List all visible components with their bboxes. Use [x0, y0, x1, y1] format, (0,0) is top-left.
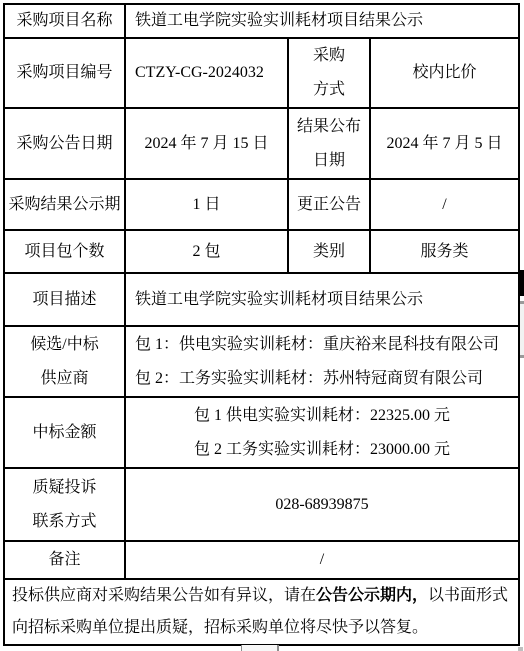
table-row: 项目包个数 2 包 类别 服务类: [4, 230, 519, 273]
table-row: 质疑投诉 联系方式 028-68939875: [4, 468, 519, 541]
footer-note: 投标供应商对采购结果公告如有异议，请在公告公示期内，以书面形式向招标采购单位提出…: [4, 579, 519, 645]
value-category: 服务类: [370, 230, 519, 273]
value-remarks: /: [125, 541, 519, 579]
value-winning-amount: 包 1 供电实验实训耗材：22325.00 元 包 2 工务实验实训耗材：230…: [125, 397, 519, 468]
label-project-description: 项目描述: [4, 273, 125, 326]
table-row: 采购项目编号 CTZY-CG-2024032 采购 方式 校内比价: [4, 38, 519, 108]
bottom-right-corner-mark: [518, 647, 523, 651]
right-edge-dark-mark: [519, 270, 524, 296]
value-complaint-contact: 028-68939875: [125, 468, 519, 541]
horizontal-scrollbar-thumb[interactable]: [241, 645, 279, 651]
label-remarks: 备注: [4, 541, 125, 579]
label-correction-notice: 更正公告: [288, 179, 370, 230]
table-row: 采购结果公示期 1 日 更正公告 /: [4, 179, 519, 230]
label-announcement-date: 采购公告日期: [4, 108, 125, 179]
page: 采购项目名称 铁道工电学院实验实训耗材项目结果公示 采购项目编号 CTZY-CG…: [0, 0, 524, 651]
label-project-name: 采购项目名称: [4, 4, 125, 38]
table-row: 采购公告日期 2024 年 7 月 15 日 结果公布 日期 2024 年 7 …: [4, 108, 519, 179]
value-result-publish-date: 2024 年 7 月 5 日: [370, 108, 519, 179]
label-package-count: 项目包个数: [4, 230, 125, 273]
label-complaint-contact: 质疑投诉 联系方式: [4, 468, 125, 541]
table-row: 候选/中标 供应商 包 1：供电实验实训耗材：重庆裕来昆科技有限公司 包 2：工…: [4, 326, 519, 397]
value-project-description: 铁道工电学院实验实训耗材项目结果公示: [125, 273, 519, 326]
value-correction-notice: /: [370, 179, 519, 230]
value-project-name: 铁道工电学院实验实训耗材项目结果公示: [125, 4, 519, 38]
label-publicity-period: 采购结果公示期: [4, 179, 125, 230]
label-procurement-method: 采购 方式: [288, 38, 370, 108]
label-result-publish-date: 结果公布 日期: [288, 108, 370, 179]
label-winning-amount: 中标金额: [4, 397, 125, 468]
footer-note-bold-text: 公告公示期内，: [316, 587, 428, 604]
label-winning-suppliers: 候选/中标 供应商: [4, 326, 125, 397]
table-row: 中标金额 包 1 供电实验实训耗材：22325.00 元 包 2 工务实验实训耗…: [4, 397, 519, 468]
value-package-count: 2 包: [125, 230, 288, 273]
value-project-number: CTZY-CG-2024032: [125, 38, 288, 108]
value-publicity-period: 1 日: [125, 179, 288, 230]
label-category: 类别: [288, 230, 370, 273]
label-project-number: 采购项目编号: [4, 38, 125, 108]
value-winning-suppliers: 包 1：供电实验实训耗材：重庆裕来昆科技有限公司 包 2：工务实验实训耗材：苏州…: [125, 326, 519, 397]
procurement-result-table: 采购项目名称 铁道工电学院实验实训耗材项目结果公示 采购项目编号 CTZY-CG…: [3, 3, 520, 646]
table-row: 项目描述 铁道工电学院实验实训耗材项目结果公示: [4, 273, 519, 326]
vertical-scrollbar-thumb[interactable]: [520, 301, 524, 358]
value-announcement-date: 2024 年 7 月 15 日: [125, 108, 288, 179]
value-procurement-method: 校内比价: [370, 38, 519, 108]
table-row: 采购项目名称 铁道工电学院实验实训耗材项目结果公示: [4, 4, 519, 38]
table-row: 投标供应商对采购结果公告如有异议，请在公告公示期内，以书面形式向招标采购单位提出…: [4, 579, 519, 645]
table-row: 备注 /: [4, 541, 519, 579]
footer-note-text: 投标供应商对采购结果公告如有异议，请在: [12, 587, 316, 604]
